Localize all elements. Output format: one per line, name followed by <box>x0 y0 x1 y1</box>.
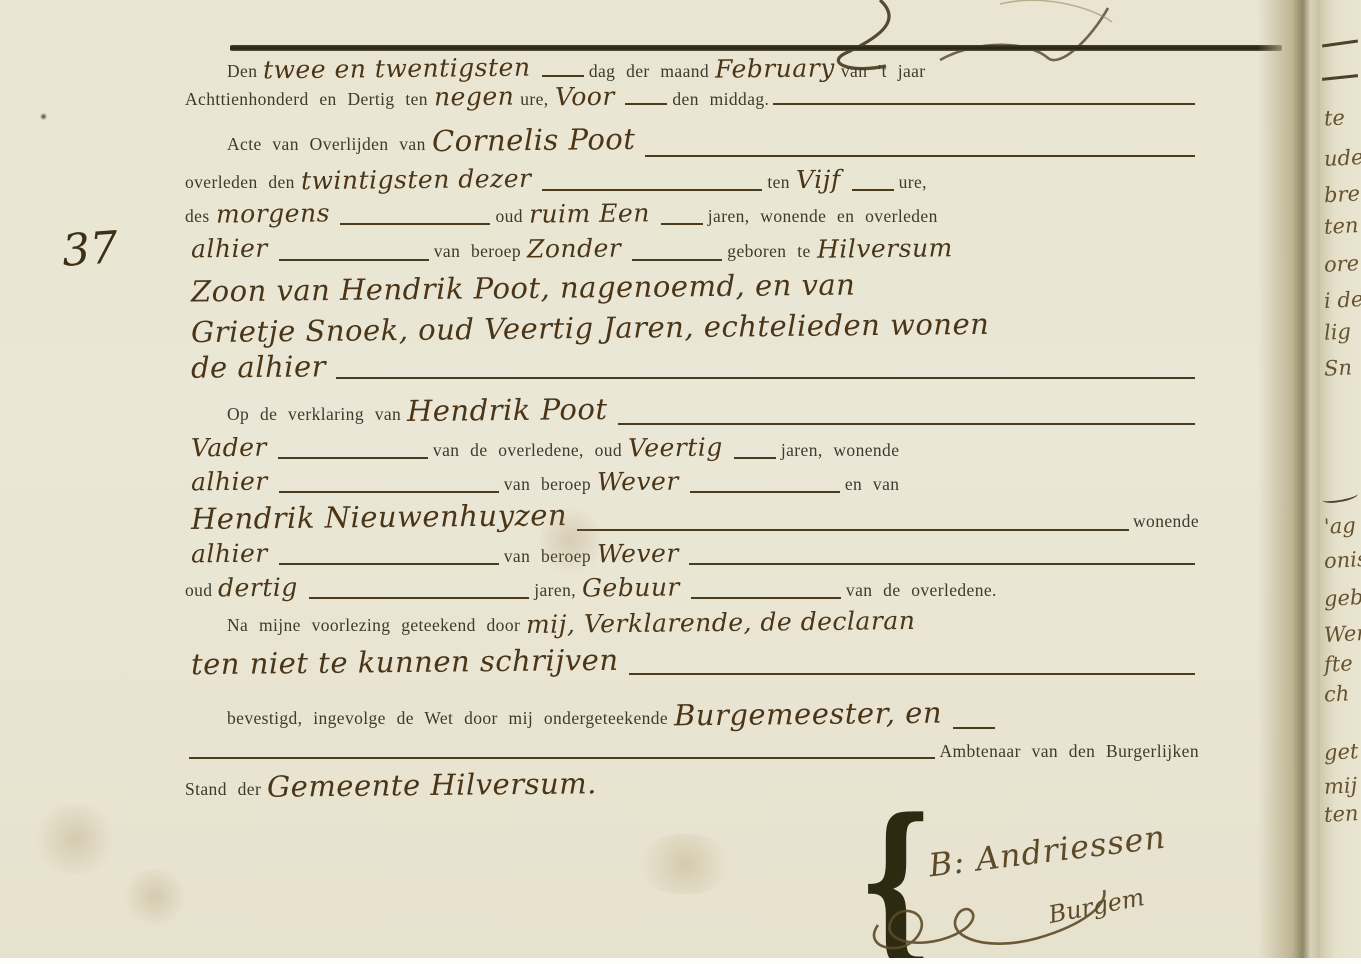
printed-ure-2: ure, <box>899 166 927 198</box>
printed-oud: oud <box>495 200 522 232</box>
adjacent-text-fragment: mij <box>1323 773 1357 799</box>
paper-stain <box>30 804 120 874</box>
printed-jaren-wonende: jaren, wonende en overleden <box>708 200 938 232</box>
adjacent-text-fragment: i de <box>1323 287 1361 313</box>
printed-acte-van-overlijden: Acte van Overlijden van <box>227 124 426 164</box>
printed-oud-2: oud <box>185 574 212 606</box>
handwritten-declarant1-occupation: Wever <box>591 466 685 499</box>
record-line-morgens: des morgens oud ruim Een jaren, wonende … <box>185 198 1199 232</box>
blank-line <box>661 223 703 225</box>
handwritten-declarant1-residence: alhier <box>185 466 274 499</box>
blank-line <box>279 259 429 261</box>
adjacent-text-fragment: Wer <box>1323 621 1361 647</box>
paper-stain <box>120 869 190 924</box>
handwritten-declarant2-occupation: Wever <box>591 538 685 571</box>
handwritten-voor: Voor <box>548 84 620 111</box>
handwritten-declarant1-name: Hendrik Poot <box>401 391 614 429</box>
printed-stand-der: Stand der <box>185 770 261 808</box>
blank-line <box>625 103 667 105</box>
scan-edge <box>0 958 1361 964</box>
printed-ambtenaar: Ambtenaar van den Burgerlijken <box>939 736 1199 766</box>
handwritten-declarant1-age: Veertig <box>622 431 729 464</box>
record-line-alhier: alhier van beroep Zonder geboren te Hilv… <box>185 232 1199 268</box>
blank-line <box>542 75 584 77</box>
record-line-oud-dertig: oud dertig jaren, Gebuur van de overlede… <box>185 572 1199 606</box>
printed-dag-der-maand: dag der maand <box>589 58 709 84</box>
handwritten-day: twee en twentigsten <box>257 55 537 84</box>
handwritten-deceased-name: Cornelis Poot <box>426 119 642 161</box>
blank-line <box>618 423 1195 425</box>
blank-line <box>632 259 722 261</box>
record-line-voorlezing: Na mijne voorlezing geteekend door mij, … <box>185 606 1199 642</box>
blank-line <box>689 563 1195 565</box>
handwritten-parents-line3: de alhier <box>185 347 332 387</box>
record-line-ambtenaar: Ambtenaar van den Burgerlijken <box>185 736 1199 766</box>
blank-line <box>189 757 935 759</box>
adjacent-text-fragment: Sn <box>1323 355 1352 380</box>
blank-line <box>577 529 1129 531</box>
signature-name: B: Andriessen <box>927 818 1168 885</box>
printed-wonende-2: wonende <box>1133 504 1199 538</box>
adjacent-text-fragment: bren <box>1323 181 1361 208</box>
header-rule <box>230 45 1282 51</box>
printed-ten: ten <box>767 166 790 198</box>
handwritten-month: February <box>709 55 841 82</box>
adjacent-page-rule <box>1322 40 1358 48</box>
blank-line <box>629 673 1195 675</box>
record-line-parents-1: Zoon van Hendrik Poot, nagenoemd, en van <box>185 268 1199 308</box>
record-line-parents-2: Grietje Snoek, oud Veertig Jaren, echtel… <box>185 308 1199 348</box>
handwritten-residence: alhier <box>185 232 274 267</box>
handwritten-relation1: Vader <box>185 432 273 465</box>
blank-line <box>336 377 1195 379</box>
adjacent-page-rule <box>1321 489 1358 505</box>
record-line-acte: Acte van Overlijden van Cornelis Poot <box>185 120 1199 164</box>
printed-middag: den middag. <box>672 86 769 112</box>
book-gutter <box>1258 0 1320 964</box>
blank-line <box>773 103 1195 105</box>
record-line-gemeente: Stand der Gemeente Hilversum. <box>185 766 1199 808</box>
adjacent-text-fragment: 'ag <box>1323 513 1356 539</box>
adjacent-text-fragment: ten <box>1323 213 1359 239</box>
printed-jaren-2: jaren, <box>534 574 576 606</box>
adjacent-text-fragment: ore <box>1323 251 1359 277</box>
printed-den: Den <box>227 58 257 84</box>
handwritten-death-hour: Vijf <box>790 164 847 197</box>
record-line-date: Den twee en twentigsten dag der maand Fe… <box>185 56 1199 84</box>
record-line-alhier-wever-1: alhier van beroep Wever en van <box>185 466 1199 500</box>
blank-line <box>953 727 995 729</box>
blank-line <box>734 457 776 459</box>
blank-line <box>278 457 428 459</box>
adjacent-text-fragment: get <box>1323 739 1359 765</box>
printed-geboren-te: geboren te <box>727 234 810 268</box>
record-line-alhier-wever-2: alhier van beroep Wever <box>185 538 1199 572</box>
printed-des: des <box>185 200 210 232</box>
printed-van-de-overledene-2: van de overledene. <box>846 574 997 606</box>
printed-year: Achttienhonderd en Dertig ten <box>185 86 428 112</box>
handwritten-hour: negen <box>428 84 521 111</box>
record-line-overleden: overleden den twintigsten dezer ten Vijf… <box>185 164 1199 198</box>
printed-van-beroep-1: van beroep <box>504 468 591 500</box>
printed-van-de-overledene: van de overledene, oud <box>433 434 622 466</box>
printed-van-beroep-2: van beroep <box>504 540 591 572</box>
blank-line <box>645 155 1195 157</box>
handwritten-birthplace: Hilversum <box>810 231 958 267</box>
handwritten-occupation: Zonder <box>521 231 628 266</box>
signature-flourish <box>868 880 1128 960</box>
printed-overleden-den: overleden den <box>185 166 295 198</box>
adjacent-page-rule <box>1322 74 1358 81</box>
record-body: Den twee en twentigsten dag der maand Fe… <box>185 56 1199 808</box>
adjacent-text-fragment: geb <box>1323 585 1361 611</box>
blank-line <box>852 189 894 191</box>
handwritten-declarant2-name: Hendrik Nieuwenhuyzen <box>185 498 573 536</box>
record-line-vader: Vader van de overledene, oud Veertig jar… <box>185 432 1199 466</box>
handwritten-burgemeester: Burgemeester, en <box>668 695 948 734</box>
handwritten-declarant2-age: dertig <box>212 572 304 605</box>
printed-van-beroep: van beroep <box>434 234 521 268</box>
blank-line <box>542 189 762 191</box>
handwritten-time-of-day: morgens <box>209 197 335 230</box>
printed-na-mijne-voorlezing: Na mijne voorlezing geteekend door <box>227 608 520 642</box>
adjacent-text-fragment: lig <box>1323 319 1351 344</box>
handwritten-declarant2-residence: alhier <box>185 538 274 571</box>
record-line-year: Achttienhonderd en Dertig ten negen ure,… <box>185 84 1199 112</box>
handwritten-signing-note-1: mij, Verklarende, de declaran <box>520 604 922 642</box>
adjacent-text-fragment: te <box>1323 105 1345 130</box>
adjacent-text-fragment: ten <box>1323 801 1359 827</box>
handwritten-parents-line2: Grietje Snoek, oud Veertig Jaren, echtel… <box>185 304 996 352</box>
printed-ure: ure, <box>520 86 548 112</box>
adjacent-text-fragment: ch <box>1323 681 1350 706</box>
ink-spot <box>40 113 47 120</box>
handwritten-death-date: twintigsten dezer <box>295 163 538 198</box>
printed-bevestigd: bevestigd, ingevolge de Wet door mij ond… <box>227 700 668 736</box>
adjacent-text-fragment: fte <box>1323 651 1353 676</box>
printed-jaren-wonende-1: jaren, wonende <box>781 434 900 466</box>
record-line-declarant2: Hendrik Nieuwenhuyzen wonende <box>185 500 1199 538</box>
record-line-verklaring: Op de verklaring van Hendrik Poot <box>185 392 1199 432</box>
record-line-kunnen-schrijven: ten niet te kunnen schrijven <box>185 642 1199 682</box>
adjacent-page-edge: te ude bren ten ore i de lig Sn 'ag onis… <box>1320 0 1361 964</box>
printed-van-t-jaar: van 't jaar <box>841 58 926 84</box>
blank-line <box>309 597 529 599</box>
death-record-page: 37 Den twee en twentigsten dag der maand… <box>0 0 1361 964</box>
handwritten-gemeente: Gemeente Hilversum. <box>261 764 603 806</box>
adjacent-text-fragment: onis <box>1323 547 1361 573</box>
handwritten-age: ruim Een <box>523 197 656 230</box>
printed-en-van: en van <box>845 468 900 500</box>
adjacent-text-fragment: ude <box>1323 145 1361 171</box>
blank-line <box>279 563 499 565</box>
printed-op-de-verklaring: Op de verklaring van <box>227 396 401 432</box>
blank-line <box>340 223 490 225</box>
record-line-bevestigd: bevestigd, ingevolge de Wet door mij ond… <box>185 696 1199 736</box>
record-line-parents-3: de alhier <box>185 348 1199 386</box>
paper-stain <box>630 834 740 894</box>
act-number: 37 <box>60 222 119 277</box>
blank-line <box>279 491 499 493</box>
blank-line <box>691 597 841 599</box>
handwritten-signing-note-2: ten niet te kunnen schrijven <box>185 640 625 685</box>
blank-line <box>690 491 840 493</box>
handwritten-relation2: Gebuur <box>576 571 686 604</box>
handwritten-parents-line1: Zoon van Hendrik Poot, nagenoemd, en van <box>185 264 862 311</box>
